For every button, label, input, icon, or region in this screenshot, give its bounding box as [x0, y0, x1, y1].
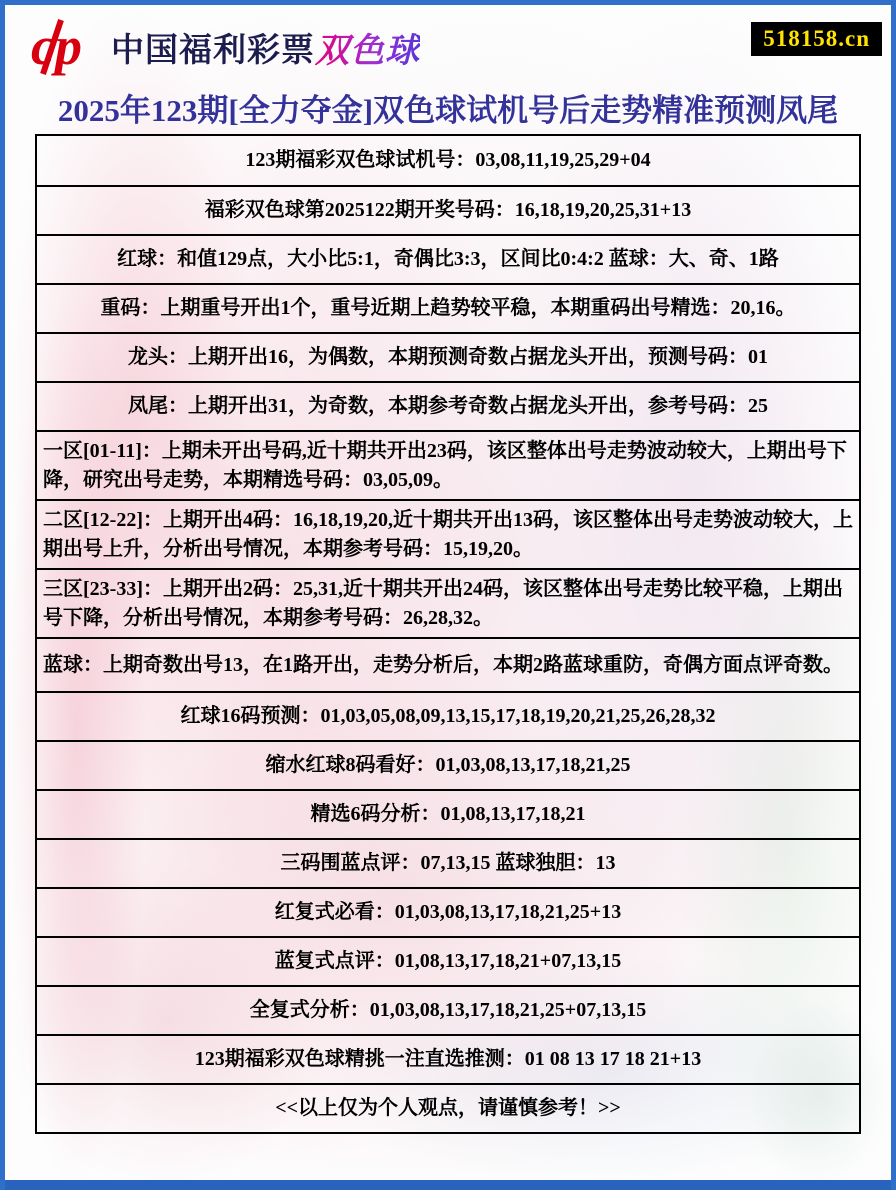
row-zone3-analysis: 三区[23-33]：上期开出2码：25,31,近十期共开出24码，该区整体出号走…: [37, 568, 859, 637]
row-red-8-shrunk: 缩水红球8码看好：01,03,08,13,17,18,21,25: [37, 740, 859, 789]
row-red-16-prediction: 红球16码预测：01,03,05,08,09,13,15,17,18,19,20…: [37, 691, 859, 740]
page-frame: cp 中国福利彩票双色球 518158.cn 2025年123期[全力夺金]双色…: [0, 0, 896, 1190]
site-badge: 518158.cn: [751, 22, 882, 56]
row-blue-ball-analysis: 蓝球：上期奇数出号13，在1路开出，走势分析后，本期2路蓝球重防，奇偶方面点评奇…: [37, 637, 859, 691]
row-select-6-analysis: 精选6码分析：01,08,13,17,18,21: [37, 789, 859, 838]
brand-org-label: 中国福利彩票: [111, 24, 315, 71]
row-blue-3-pick: 三码围蓝点评：07,13,15 蓝球独胆：13: [37, 838, 859, 887]
row-blue-complex: 蓝复式点评：01,08,13,17,18,21+07,13,15: [37, 936, 859, 985]
row-red-blue-stats: 红球：和值129点，大小比5:1，奇偶比3:3，区间比0:4:2 蓝球：大、奇、…: [37, 234, 859, 283]
brand-product-label: 双色球: [315, 23, 420, 72]
row-zone2-analysis: 二区[12-22]：上期开出4码：16,18,19,20,近十期共开出13码，该…: [37, 499, 859, 568]
row-red-complex: 红复式必看：01,03,08,13,17,18,21,25+13: [37, 887, 859, 936]
row-repeat-numbers: 重码：上期重号开出1个，重号近期上趋势较平稳，本期重码出号精选：20,16。: [37, 283, 859, 332]
row-last-draw-numbers: 福彩双色球第2025122期开奖号码：16,18,19,20,25,31+13: [37, 185, 859, 234]
china-welfare-lottery-logo-icon: cp: [31, 18, 103, 76]
bottom-blue-bar: [5, 1180, 891, 1190]
prediction-table: 123期福彩双色球试机号：03,08,11,19,25,29+04 福彩双色球第…: [35, 134, 861, 1134]
row-dragon-head: 龙头：上期开出16，为偶数，本期预测奇数占据龙头开出，预测号码：01: [37, 332, 859, 381]
page-title: 2025年123期[全力夺金]双色球试机号后走势精准预测凤尾: [11, 85, 885, 130]
row-trial-numbers: 123期福彩双色球试机号：03,08,11,19,25,29+04: [37, 136, 859, 185]
row-full-complex: 全复式分析：01,03,08,13,17,18,21,25+07,13,15: [37, 985, 859, 1034]
header: cp 中国福利彩票双色球 518158.cn: [5, 5, 891, 77]
row-disclaimer: <<以上仅为个人观点，请谨慎参考！>>: [37, 1083, 859, 1132]
row-single-bet-prediction: 123期福彩双色球精挑一注直选推测：01 08 13 17 18 21+13: [37, 1034, 859, 1083]
row-zone1-analysis: 一区[01-11]：上期未开出号码,近十期共开出23码，该区整体出号走势波动较大…: [37, 430, 859, 499]
row-phoenix-tail: 凤尾：上期开出31，为奇数，本期参考奇数占据龙头开出，参考号码：25: [37, 381, 859, 430]
